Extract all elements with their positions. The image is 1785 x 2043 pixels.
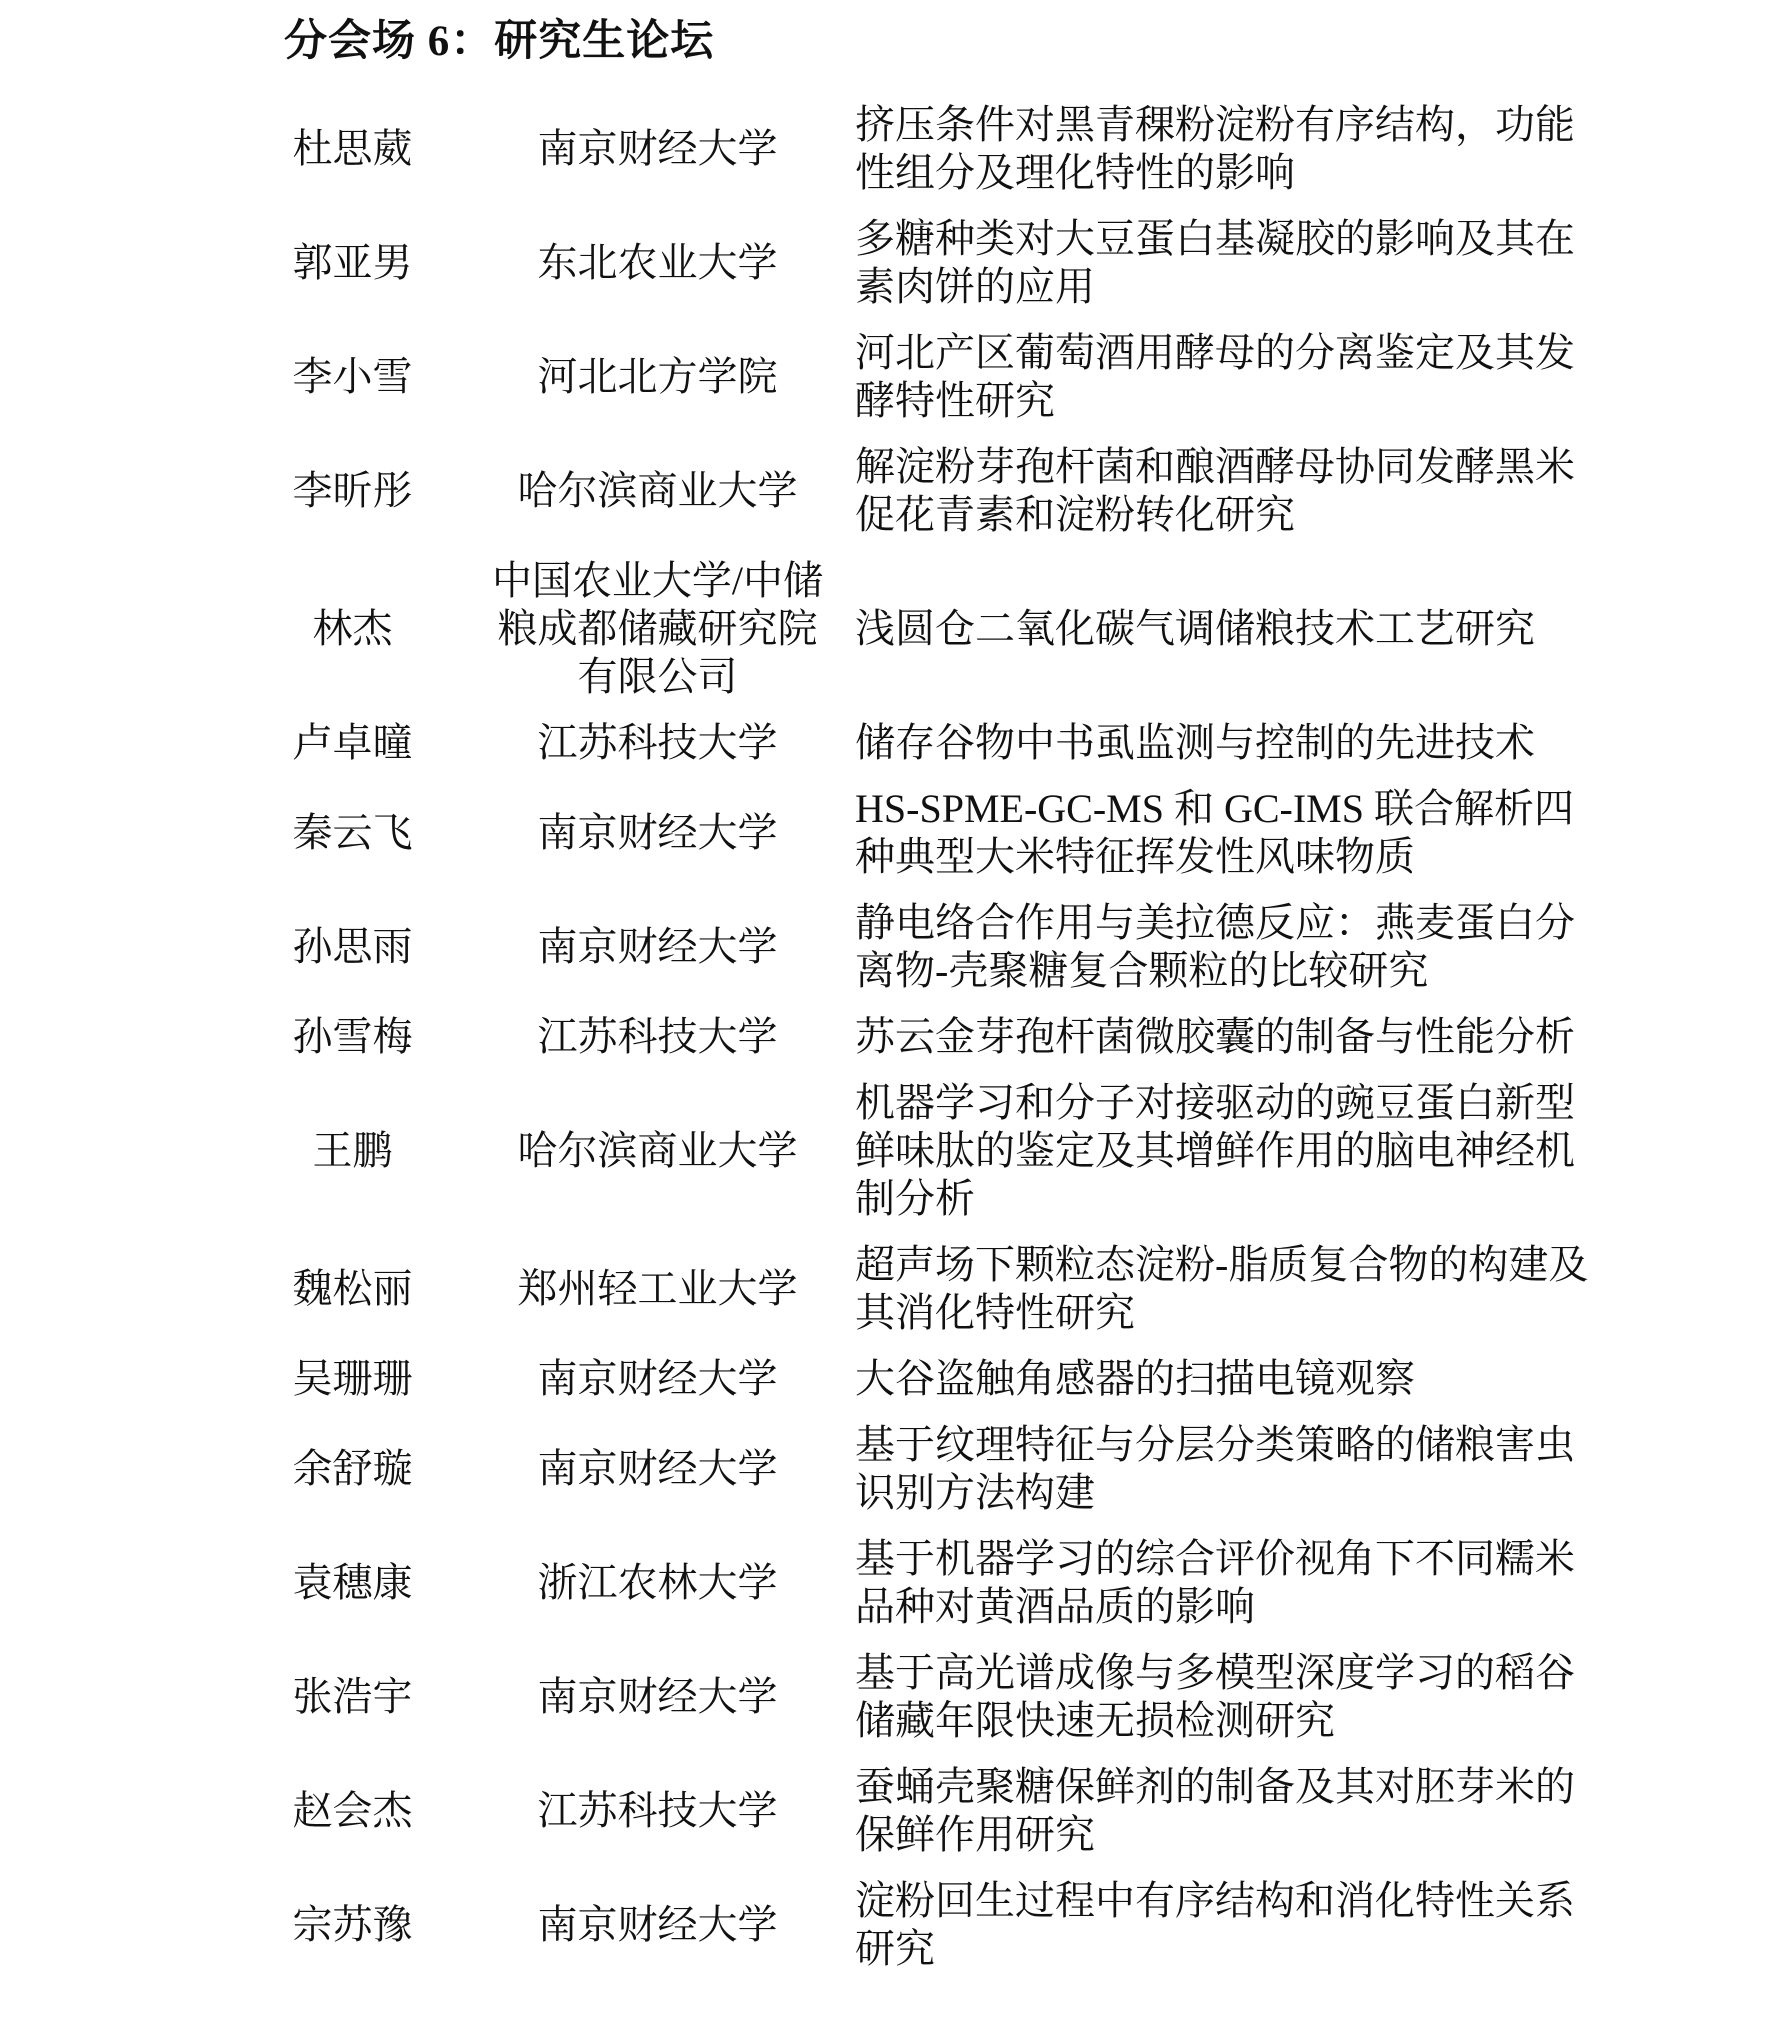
table-row: 余舒璇 南京财经大学 基于纹理特征与分层分类策略的储粮害虫识别方法构建: [245, 1412, 1600, 1526]
presentation-title: 河北产区葡萄酒用酵母的分离鉴定及其发酵特性研究: [855, 320, 1600, 434]
presentation-title: 挤压条件对黑青稞粉淀粉有序结构，功能性组分及理化特性的影响: [855, 92, 1600, 206]
table-row: 林杰 中国农业大学/中储 粮成都储藏研究院 有限公司 浅圆仓二氧化碳气调储粮技术…: [245, 548, 1600, 710]
presenter-name: 余舒璇: [245, 1412, 460, 1526]
presenter-name: 王鹏: [245, 1070, 460, 1232]
session-title: 分会场 6：研究生论坛: [284, 16, 1785, 68]
presenter-name: 杜思葳: [245, 92, 460, 206]
presenter-name: 赵会杰: [245, 1754, 460, 1868]
presenter-affiliation: 中国农业大学/中储 粮成都储藏研究院 有限公司: [460, 548, 855, 710]
presentation-title: 多糖种类对大豆蛋白基凝胶的影响及其在素肉饼的应用: [855, 206, 1600, 320]
session-table-body: 杜思葳 南京财经大学 挤压条件对黑青稞粉淀粉有序结构，功能性组分及理化特性的影响…: [245, 92, 1600, 1982]
table-row: 王鹏 哈尔滨商业大学 机器学习和分子对接驱动的豌豆蛋白新型鲜味肽的鉴定及其增鲜作…: [245, 1070, 1600, 1232]
presentation-title: 浅圆仓二氧化碳气调储粮技术工艺研究: [855, 548, 1600, 710]
presenter-affiliation: 南京财经大学: [460, 776, 855, 890]
presenter-affiliation: 南京财经大学: [460, 1412, 855, 1526]
presentation-title: 静电络合作用与美拉德反应：燕麦蛋白分离物-壳聚糖复合颗粒的比较研究: [855, 890, 1600, 1004]
presenter-name: 魏松丽: [245, 1232, 460, 1346]
presenter-affiliation: 南京财经大学: [460, 1640, 855, 1754]
presentation-title: 储存谷物中书虱监测与控制的先进技术: [855, 710, 1600, 776]
presentation-title: 超声场下颗粒态淀粉-脂质复合物的构建及其消化特性研究: [855, 1232, 1600, 1346]
presenter-affiliation: 郑州轻工业大学: [460, 1232, 855, 1346]
presenter-affiliation: 哈尔滨商业大学: [460, 1070, 855, 1232]
presentation-title: 解淀粉芽孢杆菌和酿酒酵母协同发酵黑米促花青素和淀粉转化研究: [855, 434, 1600, 548]
table-row: 魏松丽 郑州轻工业大学 超声场下颗粒态淀粉-脂质复合物的构建及其消化特性研究: [245, 1232, 1600, 1346]
presenter-name: 吴珊珊: [245, 1346, 460, 1412]
presentation-title: 基于机器学习的综合评价视角下不同糯米品种对黄酒品质的影响: [855, 1526, 1600, 1640]
presentation-title: 基于纹理特征与分层分类策略的储粮害虫识别方法构建: [855, 1412, 1600, 1526]
table-row: 宗苏豫 南京财经大学 淀粉回生过程中有序结构和消化特性关系研究: [245, 1868, 1600, 1982]
presentation-title: 大谷盗触角感器的扫描电镜观察: [855, 1346, 1600, 1412]
presentation-title: HS-SPME-GC-MS 和 GC-IMS 联合解析四种典型大米特征挥发性风味…: [855, 776, 1600, 890]
presenter-affiliation: 浙江农林大学: [460, 1526, 855, 1640]
table-row: 杜思葳 南京财经大学 挤压条件对黑青稞粉淀粉有序结构，功能性组分及理化特性的影响: [245, 92, 1600, 206]
presenter-affiliation: 江苏科技大学: [460, 1754, 855, 1868]
presenter-affiliation: 南京财经大学: [460, 890, 855, 1004]
presentation-title: 淀粉回生过程中有序结构和消化特性关系研究: [855, 1868, 1600, 1982]
presenter-affiliation: 江苏科技大学: [460, 1004, 855, 1070]
table-row: 吴珊珊 南京财经大学 大谷盗触角感器的扫描电镜观察: [245, 1346, 1600, 1412]
presenter-affiliation: 哈尔滨商业大学: [460, 434, 855, 548]
table-row: 李昕彤 哈尔滨商业大学 解淀粉芽孢杆菌和酿酒酵母协同发酵黑米促花青素和淀粉转化研…: [245, 434, 1600, 548]
presenter-affiliation: 江苏科技大学: [460, 710, 855, 776]
table-row: 赵会杰 江苏科技大学 蚕蛹壳聚糖保鲜剂的制备及其对胚芽米的保鲜作用研究: [245, 1754, 1600, 1868]
presenter-name: 卢卓曈: [245, 710, 460, 776]
presenter-name: 孙思雨: [245, 890, 460, 1004]
presenter-affiliation: 南京财经大学: [460, 1346, 855, 1412]
table-row: 袁穗康 浙江农林大学 基于机器学习的综合评价视角下不同糯米品种对黄酒品质的影响: [245, 1526, 1600, 1640]
session-table: 杜思葳 南京财经大学 挤压条件对黑青稞粉淀粉有序结构，功能性组分及理化特性的影响…: [245, 92, 1600, 1982]
table-row: 张浩宇 南京财经大学 基于高光谱成像与多模型深度学习的稻谷储藏年限快速无损检测研…: [245, 1640, 1600, 1754]
table-row: 郭亚男 东北农业大学 多糖种类对大豆蛋白基凝胶的影响及其在素肉饼的应用: [245, 206, 1600, 320]
presenter-name: 李昕彤: [245, 434, 460, 548]
presenter-affiliation: 南京财经大学: [460, 1868, 855, 1982]
table-row: 卢卓曈 江苏科技大学 储存谷物中书虱监测与控制的先进技术: [245, 710, 1600, 776]
presentation-title: 机器学习和分子对接驱动的豌豆蛋白新型鲜味肽的鉴定及其增鲜作用的脑电神经机制分析: [855, 1070, 1600, 1232]
presenter-name: 郭亚男: [245, 206, 460, 320]
presenter-name: 袁穗康: [245, 1526, 460, 1640]
table-row: 孙思雨 南京财经大学 静电络合作用与美拉德反应：燕麦蛋白分离物-壳聚糖复合颗粒的…: [245, 890, 1600, 1004]
presenter-affiliation: 南京财经大学: [460, 92, 855, 206]
table-row: 李小雪 河北北方学院 河北产区葡萄酒用酵母的分离鉴定及其发酵特性研究: [245, 320, 1600, 434]
presentation-title: 蚕蛹壳聚糖保鲜剂的制备及其对胚芽米的保鲜作用研究: [855, 1754, 1600, 1868]
presentation-title: 苏云金芽孢杆菌微胶囊的制备与性能分析: [855, 1004, 1600, 1070]
presenter-name: 林杰: [245, 548, 460, 710]
presenter-name: 张浩宇: [245, 1640, 460, 1754]
presenter-name: 孙雪梅: [245, 1004, 460, 1070]
table-row: 秦云飞 南京财经大学 HS-SPME-GC-MS 和 GC-IMS 联合解析四种…: [245, 776, 1600, 890]
document-page: 分会场 6：研究生论坛 杜思葳 南京财经大学 挤压条件对黑青稞粉淀粉有序结构，功…: [0, 16, 1785, 2043]
presenter-affiliation: 河北北方学院: [460, 320, 855, 434]
presenter-affiliation: 东北农业大学: [460, 206, 855, 320]
presenter-name: 李小雪: [245, 320, 460, 434]
presenter-name: 宗苏豫: [245, 1868, 460, 1982]
presenter-name: 秦云飞: [245, 776, 460, 890]
table-row: 孙雪梅 江苏科技大学 苏云金芽孢杆菌微胶囊的制备与性能分析: [245, 1004, 1600, 1070]
presentation-title: 基于高光谱成像与多模型深度学习的稻谷储藏年限快速无损检测研究: [855, 1640, 1600, 1754]
